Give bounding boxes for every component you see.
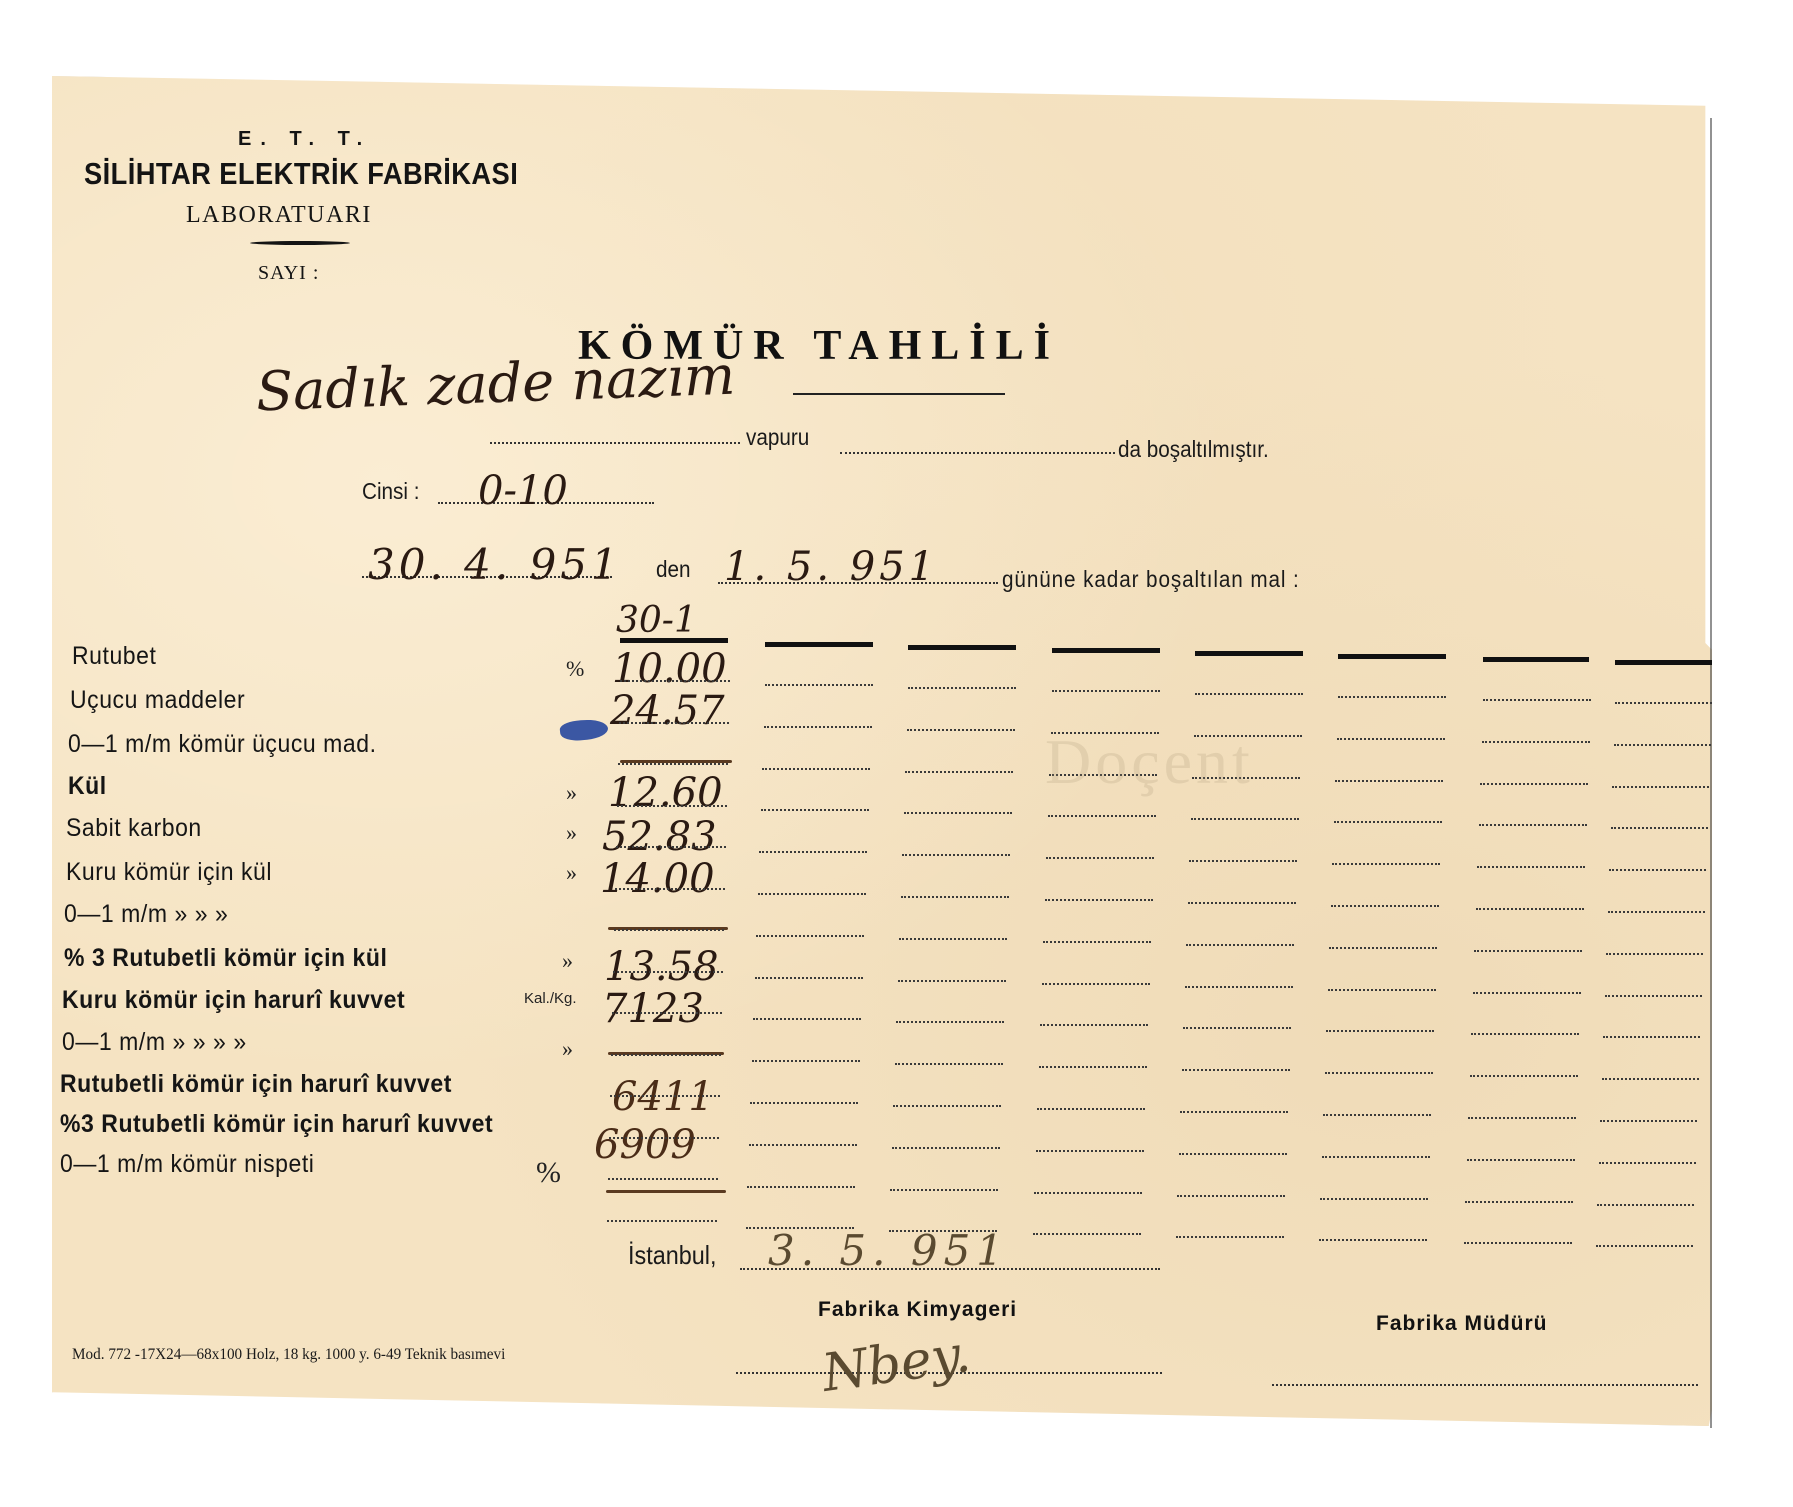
empty-cell-dotted-line	[753, 1018, 861, 1020]
column-7-header-rule	[1483, 657, 1589, 662]
empty-cell-dotted-line	[761, 809, 869, 811]
empty-cell-dotted-line	[1189, 860, 1297, 862]
empty-cell-dotted-line	[1471, 1033, 1579, 1035]
column-8-header-rule	[1615, 660, 1712, 665]
factory-name: SİLİHTAR ELEKTRİK FABRİKASI	[84, 156, 518, 192]
unit-moisture: %	[566, 656, 584, 682]
unit-fines-calorific: »	[562, 1036, 573, 1062]
value-cell-dotted-line	[611, 1054, 721, 1056]
empty-cell-dotted-line	[1179, 1153, 1287, 1155]
empty-cell-dotted-line	[1319, 1239, 1427, 1241]
chemist-title: Fabrika Kimyageri	[818, 1298, 1017, 1322]
empty-cell-dotted-line	[1329, 947, 1437, 949]
column-3-header-rule	[908, 645, 1016, 650]
date-to-handwritten: 1. 5. 951	[724, 544, 938, 590]
empty-cell-dotted-line	[1476, 908, 1584, 910]
empty-cell-dotted-line	[1334, 821, 1442, 823]
empty-cell-dotted-line	[1614, 744, 1711, 746]
empty-cell-dotted-line	[1195, 693, 1303, 695]
empty-cell-dotted-line	[1052, 690, 1160, 692]
empty-cell-dotted-line	[1474, 950, 1582, 952]
column-6-header-rule	[1338, 654, 1446, 659]
empty-cell-dotted-line	[1177, 1195, 1285, 1197]
unit-3pct-ash: »	[562, 948, 573, 974]
column-2-header-rule	[765, 642, 873, 647]
manager-title: Fabrika Müdürü	[1376, 1312, 1548, 1336]
value-cell-dotted-line	[607, 1220, 717, 1222]
empty-cell-dotted-line	[765, 684, 873, 686]
value-dry-calorific: 7123	[602, 986, 704, 1032]
empty-cell-dotted-line	[1033, 1233, 1141, 1235]
value-cell-dotted-line	[615, 888, 725, 890]
empty-cell-dotted-line	[759, 851, 867, 853]
date-from-handwritten: 30. 4. 951	[368, 540, 622, 589]
empty-cell-dotted-line	[1039, 1066, 1147, 1068]
empty-cell-dotted-line	[1338, 696, 1446, 698]
empty-cell-dotted-line	[1477, 866, 1585, 868]
empty-cell-dotted-line	[1048, 815, 1156, 817]
value-volatile-matter: 24.57	[610, 688, 725, 734]
empty-cell-dotted-line	[1465, 1201, 1573, 1203]
unloaded-suffix: da boşaltılmıştır.	[1118, 436, 1269, 463]
empty-cell-dotted-line	[1335, 780, 1443, 782]
empty-cell-dotted-line	[758, 893, 866, 895]
paper-torn-edge	[1710, 118, 1712, 1428]
empty-cell-dotted-line	[750, 1102, 858, 1104]
value-moisture: 10.00	[612, 646, 727, 692]
empty-cell-dotted-line	[1337, 738, 1445, 740]
value-cell-dotted-line	[612, 1012, 722, 1014]
empty-cell-dotted-line	[1608, 911, 1705, 913]
value-3pct-ash: 13.58	[604, 944, 719, 990]
empty-cell-dotted-line	[1468, 1117, 1576, 1119]
empty-cell-dotted-line	[901, 896, 1009, 898]
row-label-volatile-matter: Uçucu maddeler	[70, 686, 245, 715]
row-label-dry-calorific: Kuru kömür için harurî kuvvet	[62, 986, 405, 1015]
empty-cell-dotted-line	[890, 1189, 998, 1191]
empty-cell-dotted-line	[908, 687, 1016, 689]
empty-cell-dotted-line	[1596, 1245, 1693, 1247]
print-note: Mod. 772 -17X24—68x100 Holz, 18 kg. 1000…	[72, 1346, 505, 1364]
empty-cell-dotted-line	[899, 938, 1007, 940]
row-label-wet-calorific: Rutubetli kömür için harurî kuvvet	[60, 1070, 452, 1099]
letterhead-ornament-rule	[250, 241, 350, 245]
value-3pct-calorific: 6909	[594, 1122, 696, 1168]
row-label-moisture: Rutubet	[72, 642, 156, 671]
manager-signature-line	[1272, 1384, 1698, 1386]
empty-cell-dotted-line	[1473, 992, 1581, 994]
value-ash: 12.60	[608, 770, 723, 816]
value-cell-dotted-line	[613, 971, 723, 973]
row-label-3pct-calorific: %3 Rutubetli kömür için harurî kuvvet	[60, 1110, 493, 1139]
empty-cell-dotted-line	[1479, 824, 1587, 826]
empty-cell-dotted-line	[1185, 986, 1293, 988]
empty-cell-dotted-line	[749, 1144, 857, 1146]
empty-cell-dotted-line	[1328, 989, 1436, 991]
empty-cell-dotted-line	[1612, 786, 1709, 788]
empty-cell-dotted-line	[1320, 1198, 1428, 1200]
row-label-fines-ratio: 0—1 m/m kömür nispeti	[60, 1150, 314, 1179]
empty-cell-dotted-line	[1597, 1204, 1694, 1206]
empty-cell-dotted-line	[1611, 827, 1708, 829]
empty-cell-dotted-line	[892, 1147, 1000, 1149]
empty-cell-dotted-line	[1176, 1236, 1284, 1238]
row-label-fines-volatile: 0—1 m/m kömür üçucu mad.	[68, 730, 377, 759]
empty-cell-dotted-line	[1045, 899, 1153, 901]
title-rule	[793, 393, 1005, 395]
empty-cell-dotted-line	[1599, 1162, 1696, 1164]
row-label-3pct-moisture-ash: % 3 Rutubetli kömür için kül	[64, 944, 387, 973]
empty-cell-dotted-line	[1332, 863, 1440, 865]
row-label-fines-calorific: 0—1 m/m » » » »	[62, 1028, 247, 1057]
place-label: İstanbul,	[628, 1240, 716, 1271]
empty-cell-dotted-line	[896, 1021, 1004, 1023]
value-cell-dotted-line	[614, 929, 724, 931]
row-label-fixed-carbon: Sabit karbon	[66, 814, 202, 843]
empty-cell-dotted-line	[904, 812, 1012, 814]
empty-cell-dotted-line	[902, 854, 1010, 856]
faint-stamp-bleedthrough: Doçent	[1045, 725, 1254, 799]
value-cell-dotted-line	[619, 722, 729, 724]
unit-dry-ash: »	[566, 860, 577, 886]
column-4-header-rule	[1052, 648, 1160, 653]
value-cell-dotted-line	[617, 805, 727, 807]
empty-cell-dotted-line	[898, 980, 1006, 982]
row-label-ash: Kül	[68, 772, 107, 801]
value-cell-dotted-line	[618, 763, 728, 765]
column-5-header-rule	[1195, 651, 1303, 656]
value-cell-dotted-line	[616, 846, 726, 848]
empty-cell-dotted-line	[1605, 995, 1702, 997]
from-label: den	[656, 556, 691, 583]
empty-cell-dotted-line	[1043, 941, 1151, 943]
value-dry-ash: 14.00	[600, 856, 715, 902]
department-name: LABORATUARI	[186, 202, 372, 229]
subtotal-rule-4	[606, 1190, 726, 1193]
issue-date-handwritten: 3. 5. 951	[768, 1226, 1009, 1275]
value-fixed-carbon: 52.83	[602, 814, 717, 860]
empty-cell-dotted-line	[1331, 905, 1439, 907]
empty-cell-dotted-line	[747, 1186, 855, 1188]
empty-cell-dotted-line	[1042, 983, 1150, 985]
empty-cell-dotted-line	[1322, 1156, 1430, 1158]
unit-fixed-carbon: »	[566, 820, 577, 846]
empty-cell-dotted-line	[1040, 1024, 1148, 1026]
empty-cell-dotted-line	[1191, 818, 1299, 820]
empty-cell-dotted-line	[1188, 902, 1296, 904]
value-cell-dotted-line	[609, 1137, 719, 1139]
org-abbreviation: E. T. T.	[238, 128, 371, 151]
empty-cell-dotted-line	[1186, 944, 1294, 946]
column-1-header-handwritten: 30-1	[616, 600, 697, 641]
empty-cell-dotted-line	[755, 977, 863, 979]
empty-cell-dotted-line	[1183, 1027, 1291, 1029]
period-suffix: gününe kadar boşaltılan mal :	[1002, 566, 1300, 593]
empty-cell-dotted-line	[1034, 1192, 1142, 1194]
empty-cell-dotted-line	[1467, 1159, 1575, 1161]
empty-cell-dotted-line	[1609, 869, 1706, 871]
empty-cell-dotted-line	[1325, 1072, 1433, 1074]
ship-name-dotted-field	[490, 442, 740, 444]
value-cell-dotted-line	[608, 1178, 718, 1180]
empty-cell-dotted-line	[1600, 1120, 1697, 1122]
value-cell-dotted-line	[620, 680, 730, 682]
unloading-place-dotted-field	[840, 452, 1115, 454]
empty-cell-dotted-line	[1615, 702, 1712, 704]
empty-cell-dotted-line	[907, 729, 1015, 731]
empty-cell-dotted-line	[1037, 1108, 1145, 1110]
empty-cell-dotted-line	[1464, 1242, 1572, 1244]
empty-cell-dotted-line	[1606, 953, 1703, 955]
column-1-header-rule	[620, 638, 728, 643]
empty-cell-dotted-line	[1602, 1078, 1699, 1080]
row-label-dry-ash: Kuru kömür için kül	[66, 858, 272, 887]
empty-cell-dotted-line	[895, 1063, 1003, 1065]
number-label: SAYI :	[258, 262, 319, 285]
type-label: Cinsi :	[362, 478, 420, 505]
empty-cell-dotted-line	[1182, 1069, 1290, 1071]
value-cell-dotted-line	[610, 1095, 720, 1097]
unit-ash: »	[566, 780, 577, 806]
empty-cell-dotted-line	[905, 771, 1013, 773]
ship-label: vapuru	[746, 424, 809, 451]
empty-cell-dotted-line	[1603, 1036, 1700, 1038]
empty-cell-dotted-line	[1483, 699, 1591, 701]
empty-cell-dotted-line	[1326, 1030, 1434, 1032]
empty-cell-dotted-line	[756, 935, 864, 937]
empty-cell-dotted-line	[893, 1105, 1001, 1107]
empty-cell-dotted-line	[1323, 1114, 1431, 1116]
empty-cell-dotted-line	[1036, 1150, 1144, 1152]
empty-cell-dotted-line	[764, 726, 872, 728]
empty-cell-dotted-line	[752, 1060, 860, 1062]
value-wet-calorific: 6411	[612, 1074, 714, 1120]
empty-cell-dotted-line	[762, 768, 870, 770]
empty-cell-dotted-line	[1180, 1111, 1288, 1113]
empty-cell-dotted-line	[1482, 741, 1590, 743]
empty-cell-dotted-line	[1480, 783, 1588, 785]
type-value-handwritten: 0-10	[478, 468, 568, 514]
empty-cell-dotted-line	[1470, 1075, 1578, 1077]
empty-cell-dotted-line	[1046, 857, 1154, 859]
row-label-fines-dry-ash: 0—1 m/m » » »	[64, 900, 228, 929]
unit-calorific: Kal./Kg.	[524, 990, 577, 1007]
unit-fines-ratio: %	[536, 1156, 561, 1190]
